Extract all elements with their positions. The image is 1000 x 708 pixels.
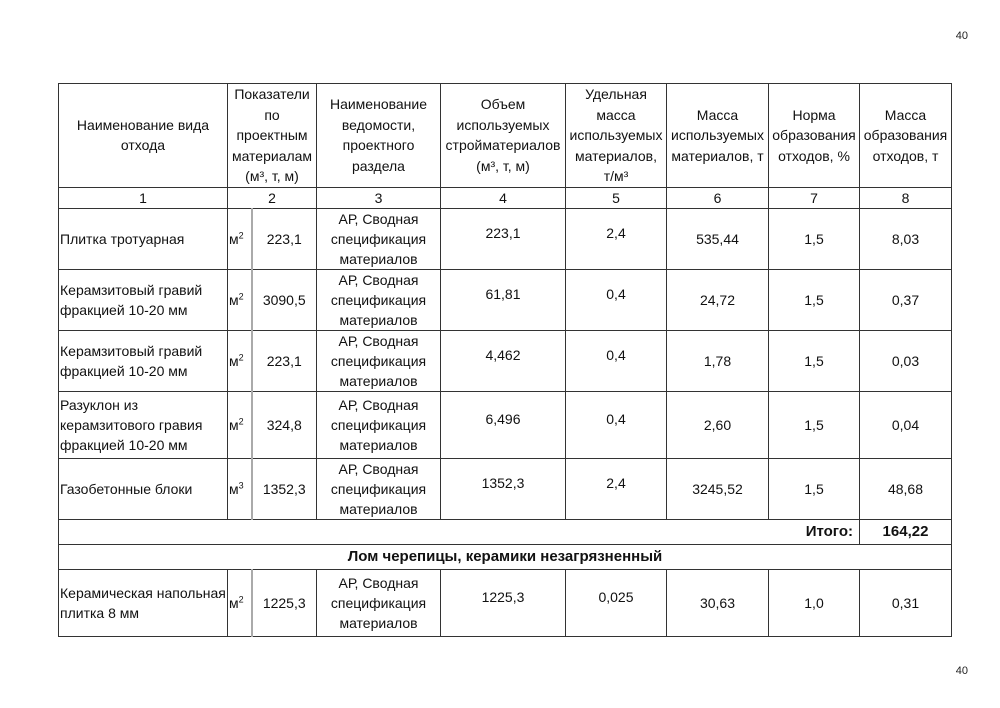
- header-line: Удельная: [567, 84, 665, 105]
- column-number: 8: [860, 187, 952, 208]
- waste-norm-value: 1,5: [804, 353, 823, 369]
- spec-line: спецификация: [318, 351, 439, 371]
- header-line: Наименование: [318, 94, 439, 115]
- header-line: Наименование вида: [60, 115, 226, 136]
- section-row: Лом черепицы, керамики незагрязненный: [59, 544, 952, 569]
- waste-name: Плитка тротуарная: [59, 208, 228, 269]
- material-mass: 2,60: [667, 391, 769, 458]
- page-number-top: 40: [956, 30, 968, 42]
- material-mass-value: 2,60: [704, 417, 731, 433]
- column-header-5: Удельнаямассаиспользуемыхматериалов,т/м³: [566, 84, 667, 188]
- unit-exponent: 2: [239, 230, 244, 240]
- volume-value: 1352,3: [482, 475, 525, 491]
- header-line: образования: [861, 125, 950, 146]
- column-number: 3: [317, 187, 441, 208]
- header-line: отхода: [60, 135, 226, 156]
- spec-name: АР, Своднаяспецификацияматериалов: [317, 458, 441, 519]
- volume: 6,496: [441, 391, 566, 458]
- waste-norm: 1,0: [769, 569, 860, 636]
- spec-line: материалов: [318, 499, 439, 519]
- table-row: Плитка тротуарнаям2223,1АР, Своднаяспеци…: [59, 208, 952, 269]
- spec-line: АР, Сводная: [318, 270, 439, 290]
- volume-value: 6,496: [485, 411, 520, 427]
- unit-exponent: 2: [239, 416, 244, 426]
- header-line: проектного: [318, 135, 439, 156]
- spec-line: спецификация: [318, 229, 439, 249]
- waste-mass-value: 0,04: [892, 417, 919, 433]
- volume: 61,81: [441, 269, 566, 330]
- volume: 1352,3: [441, 458, 566, 519]
- volume: 4,462: [441, 330, 566, 391]
- waste-mass-value: 0,37: [892, 292, 919, 308]
- waste-mass-value: 8,03: [892, 231, 919, 247]
- header-line: Объем: [442, 94, 564, 115]
- table-row: Газобетонные блоким31352,3АР, Своднаяспе…: [59, 458, 952, 519]
- material-mass: 1,78: [667, 330, 769, 391]
- waste-name: Керамзитовый гравий фракцией 10-20 мм: [59, 330, 228, 391]
- spec-name: АР, Своднаяспецификацияматериалов: [317, 269, 441, 330]
- unit: м: [229, 417, 239, 433]
- column-header-6: Массаиспользуемыхматериалов, т: [667, 84, 769, 188]
- table-row: Керамзитовый гравий фракцией 10-20 ммм22…: [59, 330, 952, 391]
- unit-exponent: 3: [239, 480, 244, 490]
- section-title: Лом черепицы, керамики незагрязненный: [59, 544, 952, 569]
- unit: м: [229, 353, 239, 369]
- waste-norm: 1,5: [769, 330, 860, 391]
- spec-line: материалов: [318, 310, 439, 330]
- header-line: ведомости,: [318, 115, 439, 136]
- unit: м: [229, 481, 239, 497]
- waste-norm: 1,5: [769, 208, 860, 269]
- spec-line: АР, Сводная: [318, 395, 439, 415]
- unit-exponent: 2: [239, 594, 244, 604]
- density-value: 2,4: [606, 225, 625, 241]
- column-header-2: Показателипопроектнымматериалам(м³, т, м…: [228, 84, 317, 188]
- density-value: 0,025: [598, 589, 633, 605]
- column-number: 4: [441, 187, 566, 208]
- header-line: проектным: [229, 125, 315, 146]
- header-line: стройматериалов: [442, 135, 564, 156]
- material-mass-value: 1,78: [704, 353, 731, 369]
- column-header-3: Наименованиеведомости,проектногораздела: [317, 84, 441, 188]
- header-line: используемых: [567, 125, 665, 146]
- spec-line: АР, Сводная: [318, 331, 439, 351]
- unit-exponent: 2: [239, 291, 244, 301]
- quantity: 223,1: [252, 208, 317, 269]
- material-mass: 535,44: [667, 208, 769, 269]
- spec-line: АР, Сводная: [318, 573, 439, 593]
- volume: 223,1: [441, 208, 566, 269]
- header-row: Наименование видаотходаПоказателипопроек…: [59, 84, 952, 188]
- waste-norm-value: 1,5: [804, 417, 823, 433]
- unit: м: [229, 292, 239, 308]
- material-mass: 30,63: [667, 569, 769, 636]
- waste-name: Керамзитовый гравий фракцией 10-20 мм: [59, 269, 228, 330]
- header-line: раздела: [318, 156, 439, 177]
- column-number: 2: [228, 187, 317, 208]
- header-line: Масса: [668, 105, 767, 126]
- density: 2,4: [566, 458, 667, 519]
- header-line: Масса: [861, 105, 950, 126]
- header-line: материалов,: [567, 146, 665, 167]
- material-mass-value: 24,72: [700, 292, 735, 308]
- waste-norm: 1,5: [769, 458, 860, 519]
- volume-value: 4,462: [485, 347, 520, 363]
- waste-name: Разуклон из керамзитового гравия фракцие…: [59, 391, 228, 458]
- spec-name: АР, Своднаяспецификацияматериалов: [317, 330, 441, 391]
- spec-line: спецификация: [318, 593, 439, 613]
- header-line: используемых: [442, 115, 564, 136]
- header-line: используемых: [668, 125, 767, 146]
- unit-cell: м2: [228, 391, 252, 458]
- header-line: Показатели: [229, 84, 315, 105]
- total-label: Итого:: [59, 519, 860, 544]
- density: 0,4: [566, 330, 667, 391]
- waste-mass: 0,37: [860, 269, 952, 330]
- header-line: т/м³: [567, 166, 665, 187]
- column-number: 5: [566, 187, 667, 208]
- spec-name: АР, Своднаяспецификацияматериалов: [317, 391, 441, 458]
- page-number-bottom: 40: [956, 665, 968, 677]
- header-line: по: [229, 105, 315, 126]
- volume-value: 61,81: [485, 286, 520, 302]
- header-line: материалам: [229, 146, 315, 167]
- spec-line: спецификация: [318, 415, 439, 435]
- column-header-8: Массаобразованияотходов, т: [860, 84, 952, 188]
- spec-line: спецификация: [318, 290, 439, 310]
- header-line: (м³, т, м): [229, 166, 315, 187]
- unit-exponent: 2: [239, 352, 244, 362]
- header-line: масса: [567, 105, 665, 126]
- density-value: 0,4: [606, 347, 625, 363]
- waste-norm-value: 1,0: [804, 595, 823, 611]
- volume-value: 1225,3: [482, 589, 525, 605]
- total-row: Итого:164,22: [59, 519, 952, 544]
- header-line: отходов, т: [861, 146, 950, 167]
- column-number-row: 12345678: [59, 187, 952, 208]
- table-row: Разуклон из керамзитового гравия фракцие…: [59, 391, 952, 458]
- material-mass-value: 3245,52: [692, 481, 743, 497]
- volume-value: 223,1: [485, 225, 520, 241]
- column-number: 1: [59, 187, 228, 208]
- quantity: 324,8: [252, 391, 317, 458]
- density-value: 2,4: [606, 475, 625, 491]
- material-mass: 24,72: [667, 269, 769, 330]
- column-header-1: Наименование видаотхода: [59, 84, 228, 188]
- waste-mass: 48,68: [860, 458, 952, 519]
- column-number: 6: [667, 187, 769, 208]
- density: 2,4: [566, 208, 667, 269]
- material-mass: 3245,52: [667, 458, 769, 519]
- column-number: 7: [769, 187, 860, 208]
- material-mass-value: 535,44: [696, 231, 739, 247]
- spec-line: материалов: [318, 613, 439, 633]
- total-value: 164,22: [860, 519, 952, 544]
- unit-cell: м2: [228, 569, 252, 636]
- density: 0,4: [566, 269, 667, 330]
- column-header-7: Нормаобразованияотходов, %: [769, 84, 860, 188]
- spec-line: АР, Сводная: [318, 209, 439, 229]
- density-value: 0,4: [606, 286, 625, 302]
- waste-calculation-table: Наименование видаотходаПоказателипопроек…: [58, 83, 952, 637]
- unit-cell: м2: [228, 330, 252, 391]
- header-line: материалов, т: [668, 146, 767, 167]
- spec-line: материалов: [318, 249, 439, 269]
- table-row: Керамзитовый гравий фракцией 10-20 ммм23…: [59, 269, 952, 330]
- spec-line: материалов: [318, 435, 439, 455]
- quantity: 1352,3: [252, 458, 317, 519]
- waste-norm-value: 1,5: [804, 292, 823, 308]
- table-row: Керамическая напольная плитка 8 ммм21225…: [59, 569, 952, 636]
- waste-norm: 1,5: [769, 391, 860, 458]
- waste-mass-value: 0,31: [892, 595, 919, 611]
- density: 0,4: [566, 391, 667, 458]
- quantity: 1225,3: [252, 569, 317, 636]
- unit-cell: м2: [228, 269, 252, 330]
- header-line: (м³, т, м): [442, 156, 564, 177]
- spec-name: АР, Своднаяспецификацияматериалов: [317, 208, 441, 269]
- waste-norm: 1,5: [769, 269, 860, 330]
- volume: 1225,3: [441, 569, 566, 636]
- waste-name: Газобетонные блоки: [59, 458, 228, 519]
- waste-mass: 0,03: [860, 330, 952, 391]
- density-value: 0,4: [606, 411, 625, 427]
- density: 0,025: [566, 569, 667, 636]
- header-line: Норма: [770, 105, 858, 126]
- waste-mass: 0,04: [860, 391, 952, 458]
- spec-line: спецификация: [318, 479, 439, 499]
- header-line: отходов, %: [770, 146, 858, 167]
- unit: м: [229, 231, 239, 247]
- waste-norm-value: 1,5: [804, 231, 823, 247]
- unit-cell: м3: [228, 458, 252, 519]
- waste-name: Керамическая напольная плитка 8 мм: [59, 569, 228, 636]
- header-line: образования: [770, 125, 858, 146]
- waste-mass-value: 48,68: [888, 481, 923, 497]
- spec-line: материалов: [318, 371, 439, 391]
- material-mass-value: 30,63: [700, 595, 735, 611]
- unit-cell: м2: [228, 208, 252, 269]
- column-header-4: Объемиспользуемыхстройматериалов(м³, т, …: [441, 84, 566, 188]
- quantity: 223,1: [252, 330, 317, 391]
- waste-norm-value: 1,5: [804, 481, 823, 497]
- unit: м: [229, 595, 239, 611]
- waste-mass: 8,03: [860, 208, 952, 269]
- waste-mass-value: 0,03: [892, 353, 919, 369]
- spec-line: АР, Сводная: [318, 459, 439, 479]
- quantity: 3090,5: [252, 269, 317, 330]
- spec-name: АР, Своднаяспецификацияматериалов: [317, 569, 441, 636]
- waste-mass: 0,31: [860, 569, 952, 636]
